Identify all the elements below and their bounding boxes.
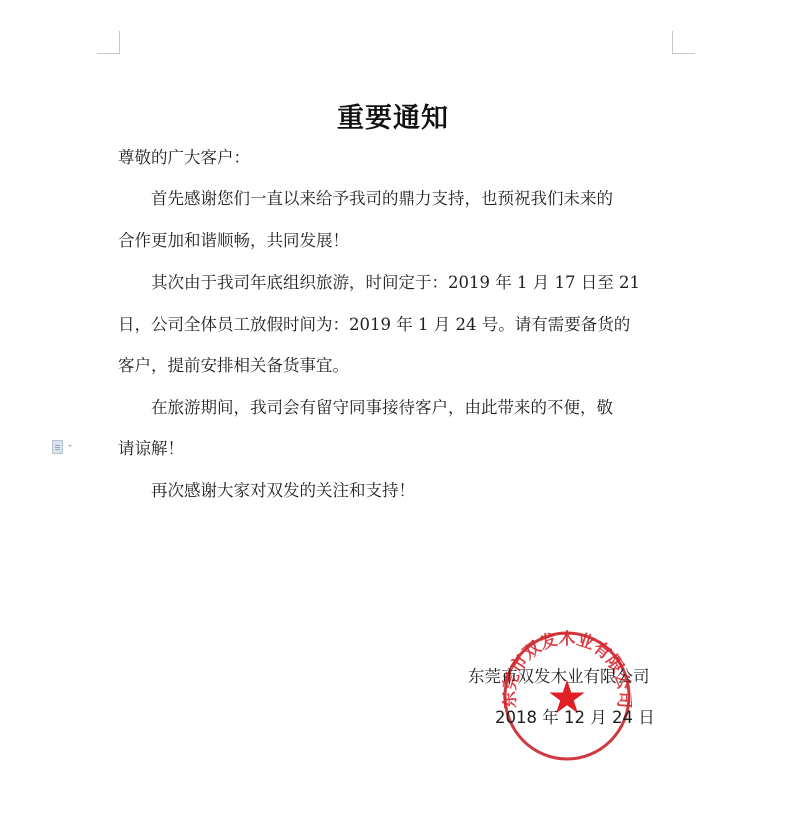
paragraph-line: 合作更加和谐顺畅，共同发展！	[118, 231, 349, 251]
document-icon	[52, 440, 63, 454]
paragraph-line: 客户，提前安排相关备货事宜。	[118, 356, 349, 376]
chevron-down-icon	[68, 445, 72, 447]
signature-date: 2018 年 12 月 24 日	[495, 708, 655, 728]
paragraph-line: 请谅解！	[118, 439, 184, 459]
paragraph-line: 其次由于我司年底组织旅游，时间定于：2019 年 1 月 17 日至 21	[151, 273, 640, 293]
document-title: 重要通知	[0, 96, 786, 135]
company-seal-stamp: 东莞市双发木业有限公司 ★	[502, 630, 632, 762]
salutation: 尊敬的广大客户：	[118, 148, 250, 168]
paragraph-line: 再次感谢大家对双发的关注和支持！	[151, 481, 415, 501]
paragraph-options-icon[interactable]	[52, 440, 78, 454]
page-corner-marker-top-left	[97, 31, 120, 54]
page-corner-marker-top-right	[672, 31, 695, 54]
paragraph-line: 首先感谢您们一直以来给予我司的鼎力支持，也预祝我们未来的	[151, 189, 613, 209]
paragraph-line: 在旅游期间，我司会有留守同事接待客户，由此带来的不便，敬	[151, 398, 613, 418]
signature-company: 东莞市双发木业有限公司	[468, 667, 650, 687]
paragraph-line: 日，公司全体员工放假时间为：2019 年 1 月 24 号。请有需要备货的	[118, 315, 630, 335]
